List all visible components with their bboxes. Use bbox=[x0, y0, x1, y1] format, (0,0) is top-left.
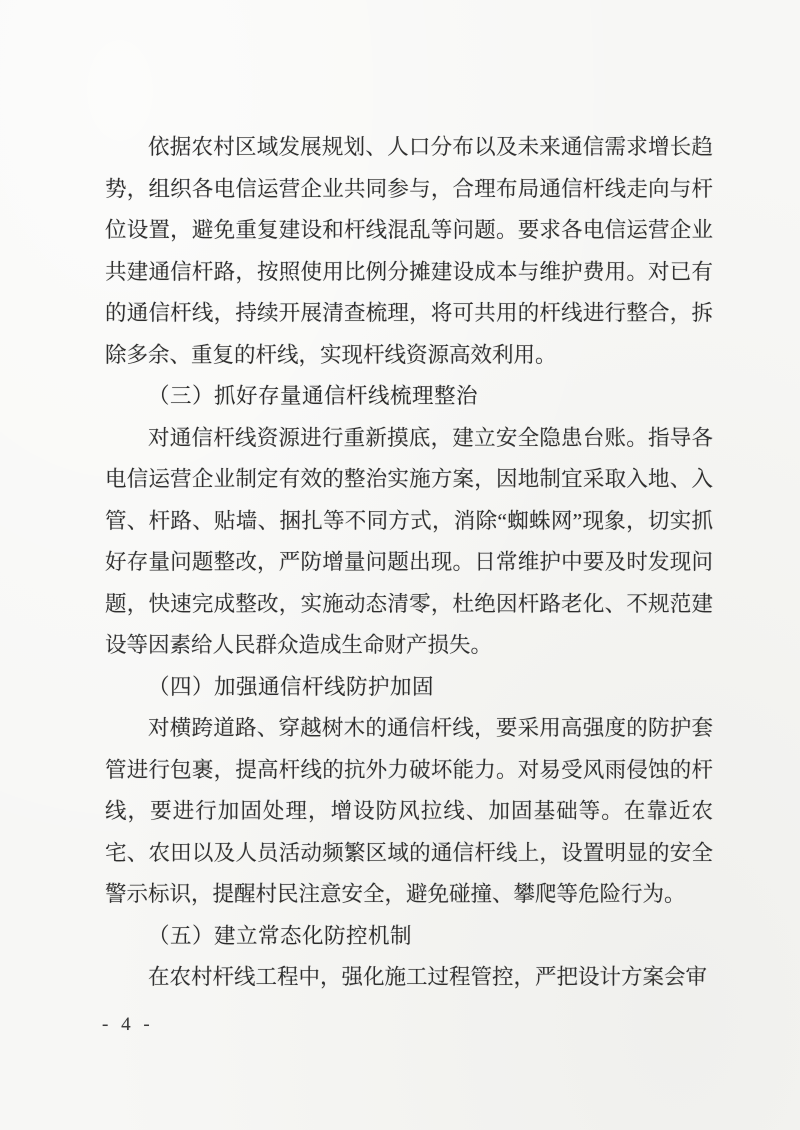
scanned-document-page: 依据农村区域发展规划、人口分布以及未来通信需求增长趋势，组织各电信运营企业共同参… bbox=[0, 0, 800, 1130]
body-paragraph-protection-reinforcement: 对横跨道路、穿越树木的通信杆线，要采用高强度的防护套管进行包裹，提高杆线的抗外力… bbox=[105, 708, 713, 916]
section-heading-3: （三）抓好存量通信杆线梳理整治 bbox=[105, 376, 713, 418]
section-heading-5: （五）建立常态化防控机制 bbox=[105, 916, 713, 958]
page-number: - 4 - bbox=[102, 1014, 154, 1036]
document-body: 依据农村区域发展规划、人口分布以及未来通信需求增长趋势，组织各电信运营企业共同参… bbox=[105, 127, 713, 999]
section-heading-4: （四）加强通信杆线防护加固 bbox=[105, 667, 713, 709]
body-paragraph-pole-planning: 依据农村区域发展规划、人口分布以及未来通信需求增长趋势，组织各电信运营企业共同参… bbox=[105, 127, 713, 376]
body-paragraph-stock-renovation: 对通信杆线资源进行重新摸底，建立安全隐患台账。指导各电信运营企业制定有效的整治实… bbox=[105, 418, 713, 667]
body-paragraph-construction-control: 在农村杆线工程中，强化施工过程管控，严把设计方案会审 bbox=[105, 957, 713, 999]
